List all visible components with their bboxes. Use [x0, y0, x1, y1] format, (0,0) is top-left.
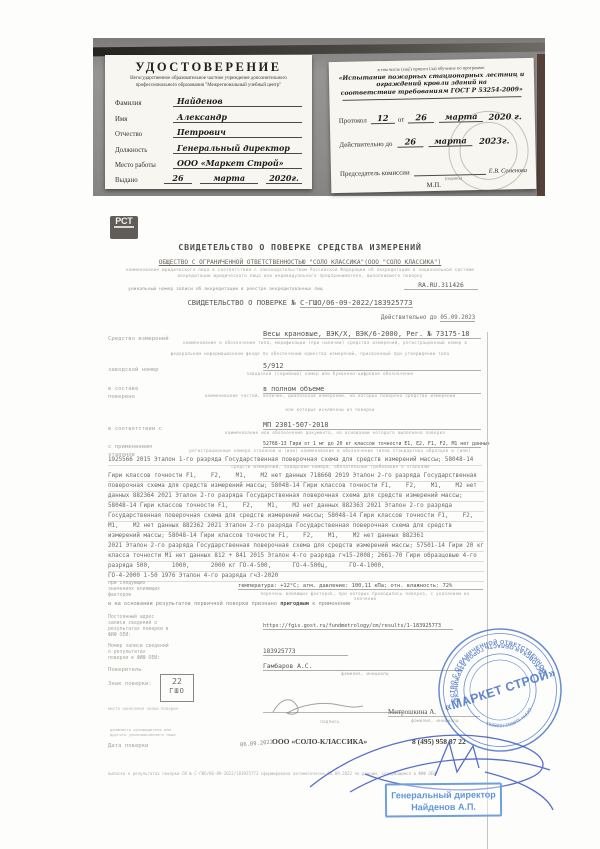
standards-block-line: поверочная схема для средств измерений м… [108, 482, 484, 492]
standards-hint2: средств измерений, заводские номера, обя… [205, 465, 455, 470]
id-field-label: Фамилия [115, 100, 173, 107]
record-number: 183925773 [263, 648, 348, 656]
verification-mark-code: ГШО [161, 687, 193, 696]
verification-mark-stamp: 22 ГШО [160, 674, 194, 702]
conclusion-verdict: пригодным [280, 601, 309, 607]
scope-value: в полном объеме [263, 385, 481, 394]
id-issued-year: 2020г. [266, 173, 302, 184]
id-card: УДОСТОВЕРЕНИЕ Негосударственное образова… [105, 55, 312, 189]
director-stamp-title: Генеральный директор [387, 789, 500, 802]
factors-label2: значениях влияющих [108, 587, 160, 592]
verification-mark-label: Знак поверки: [108, 681, 152, 687]
program-underline [342, 96, 521, 101]
standards-block-line: М1, М2 нет данных 882362 2021 Эталон 2-г… [108, 522, 484, 532]
rst-logo-bar [114, 226, 134, 228]
id-issued-label: Выдано [115, 177, 164, 184]
basis-label: в соответствии с [108, 426, 162, 432]
factors-value: температура: +12°С; атм. давление: 100,1… [238, 583, 483, 590]
id-field-row: Имя Александр [115, 107, 302, 122]
verifier-hint: фамилия, инициалы [320, 672, 410, 677]
protocol-label: Протокол [339, 118, 367, 126]
valid-label: Действительно до [339, 141, 392, 149]
scope-label2: поверено [108, 394, 135, 400]
factors-label3: факторов [108, 593, 131, 598]
standards-block-line: 2021 Эталон 2-го разряда Государственная… [108, 542, 484, 552]
id-card-org-line2: профессионального образования "Межрегион… [115, 83, 302, 89]
id-card-org-line1: Негосударственное образовательное частно… [115, 76, 302, 82]
approver-position-hint2: другого уполномоченного лица [110, 732, 176, 737]
instrument-label: Средство измерений [108, 336, 169, 342]
certificate-number: С-ГШО/06-09-2022/183925773 [300, 298, 413, 308]
id-field-row: Фамилия Найденов [115, 92, 302, 107]
scanned-document-page: УДОСТОВЕРЕНИЕ Негосударственное образова… [0, 0, 600, 849]
instrument-hint2: федеральном информационном фонде по обес… [145, 352, 475, 357]
id-booklet-photo: УДОСТОВЕРЕНИЕ Негосударственное образова… [93, 38, 545, 196]
accreditation-label: уникальный номер записи об аккредитации … [128, 287, 323, 292]
id-field-row: Отчество Петрович [115, 123, 302, 138]
instrument-hint1: наименование и обозначение типа, модифик… [175, 341, 475, 346]
standards-block-line: 58048-14 Гири классов точности F1, F2, М… [108, 502, 484, 512]
id-issued-row: Выдано 26 марта 2020г. [115, 169, 302, 184]
organization-name: ОБЩЕСТВО С ОГРАНИЧЕННОЙ ОТВЕТСТВЕННОСТЬЮ… [110, 259, 490, 266]
certificate-title: СВИДЕТЕЛЬСТВО О ПОВЕРКЕ СРЕДСТВА ИЗМЕРЕН… [110, 242, 490, 252]
verifier-label: Поверитель [108, 667, 142, 673]
id-field-label: Имя [115, 116, 173, 123]
id-field-value: ООО «Маркет Строй» [173, 158, 302, 169]
basis-hint: наименование или обозначение документа, … [190, 431, 480, 436]
id-field-value: Петрович [173, 127, 302, 138]
address-label: Постоянный адрес записи сведений о резул… [108, 615, 169, 639]
standards-block-line: измерений массы; 58048-14 Гири классов т… [108, 532, 484, 542]
standards-block-line: ГО-4-2000 1-50 1976 Эталон 4-го разряда … [108, 572, 484, 582]
scope-label1: в составе [108, 386, 138, 392]
verification-date-label: Дата поверки [108, 743, 148, 749]
record-url: https://fgis.gost.ru/fundmetrology/cm/re… [263, 623, 453, 630]
rst-logo-text: РСТ [110, 216, 138, 226]
id-field-value: Генеральный директор [173, 143, 302, 154]
id-field-value: Александр [173, 112, 302, 123]
standards-block-line: данных 882364 2021 Эталон 2-го разряда Г… [108, 492, 484, 502]
scope-hint1: наименование частей, величин, диапазонов… [170, 394, 490, 399]
standards-value1: 52768-13 Гири от 1 мг до 20 кг классов т… [263, 441, 481, 448]
verification-mark-year: 22 [161, 677, 193, 687]
id-field-label: Место работы [115, 162, 173, 169]
conclusion-pre: и на основании результатов первичной пов… [108, 601, 280, 607]
rst-logo: РСТ [110, 216, 138, 239]
director-stamp-name: Найденов А.П. [387, 801, 500, 814]
protocol-from: от [398, 117, 405, 124]
standards-block-line: Государственная поверочная схема для сре… [108, 512, 484, 522]
id-field-label: Должность [115, 147, 173, 154]
protocol-number: 12 [371, 113, 395, 125]
valid-until-label: Действительно до [381, 315, 440, 321]
standards-hint1: регистрационные номера эталонов и (или) … [175, 449, 485, 454]
conclusion-line: и на основании результатов первичной пов… [108, 601, 350, 607]
id-field-value: Найденов [173, 96, 302, 107]
standards-block-line: разряда 500, 1000, 2000 кг ГО-4-500, ГО-… [108, 562, 484, 572]
organization-hint1: наименование юридического лица в соответ… [125, 268, 475, 273]
id-card-title: УДОСТОВЕРЕНИЕ [115, 60, 302, 75]
standards-block-line: Гири классов точности F1, F2, М1, М2 нет… [108, 472, 484, 482]
basis-value: МП 2301-507-2018 [263, 421, 481, 430]
training-card: в том числе (ещё) прошел (ла) обучение п… [329, 58, 537, 193]
valid-day: 26 [397, 136, 423, 148]
chairman-label: Председатель комиссии [340, 170, 410, 178]
id-field-row: Место работы ООО «Маркет Строй» [115, 154, 302, 169]
standards-block-line: класса точности М1 нет данных 812 + 841 … [108, 552, 484, 562]
record-label-line3: поверки в ФИФ ОЕИ: [108, 656, 169, 662]
standards-block: Гири классов точности F1, F2, М1, М2 нет… [108, 472, 484, 582]
serial-label: заводской номер [108, 367, 159, 373]
accreditation-number: RA.RU.311426 [404, 282, 478, 290]
id-field-label: Отчество [115, 131, 173, 138]
id-issued-day: 26 [164, 173, 192, 184]
id-field-row: Должность Генеральный директор [115, 138, 302, 153]
valid-until-date: 05.09.2023 [440, 315, 475, 322]
id-issued-month: марта [200, 173, 258, 184]
record-label: Номер записи сведений о результатах пове… [108, 644, 169, 662]
standards-label1: с применением [108, 444, 152, 450]
verification-date-value: 06.09.2022 [240, 740, 274, 749]
factors-label1: при следующих [108, 581, 146, 586]
serial-value: 5/912 [263, 362, 481, 371]
booklet-cover-edge [537, 54, 545, 196]
conclusion-post: к применению [309, 601, 350, 607]
serial-hint: заводской (серийный) номер или буквенно-… [205, 372, 455, 377]
address-label-line4: ФИФ ОЕИ: [108, 633, 169, 639]
instrument-value: Весы крановые, ВЭК/Х, ВЭК/6-2000, Рег. №… [263, 330, 481, 339]
director-box-stamp: Генеральный директор Найденов А.П. [385, 782, 502, 817]
certificate-number-line: СВИДЕТЕЛЬСТВО О ПОВЕРКЕ № С-ГШО/06-09-20… [110, 298, 490, 307]
valid-until-line: Действительно до 05.09.2023 [381, 315, 475, 321]
mark-place-hint: место нанесения знака поверки [108, 706, 178, 711]
certificate-number-prefix: СВИДЕТЕЛЬСТВО О ПОВЕРКЕ № [187, 298, 300, 307]
scope-hint2: или которые исключены из поверки [235, 408, 425, 413]
protocol-day: 26 [408, 112, 434, 124]
organization-hint2: аккредитации юридического лица или индив… [165, 274, 435, 279]
